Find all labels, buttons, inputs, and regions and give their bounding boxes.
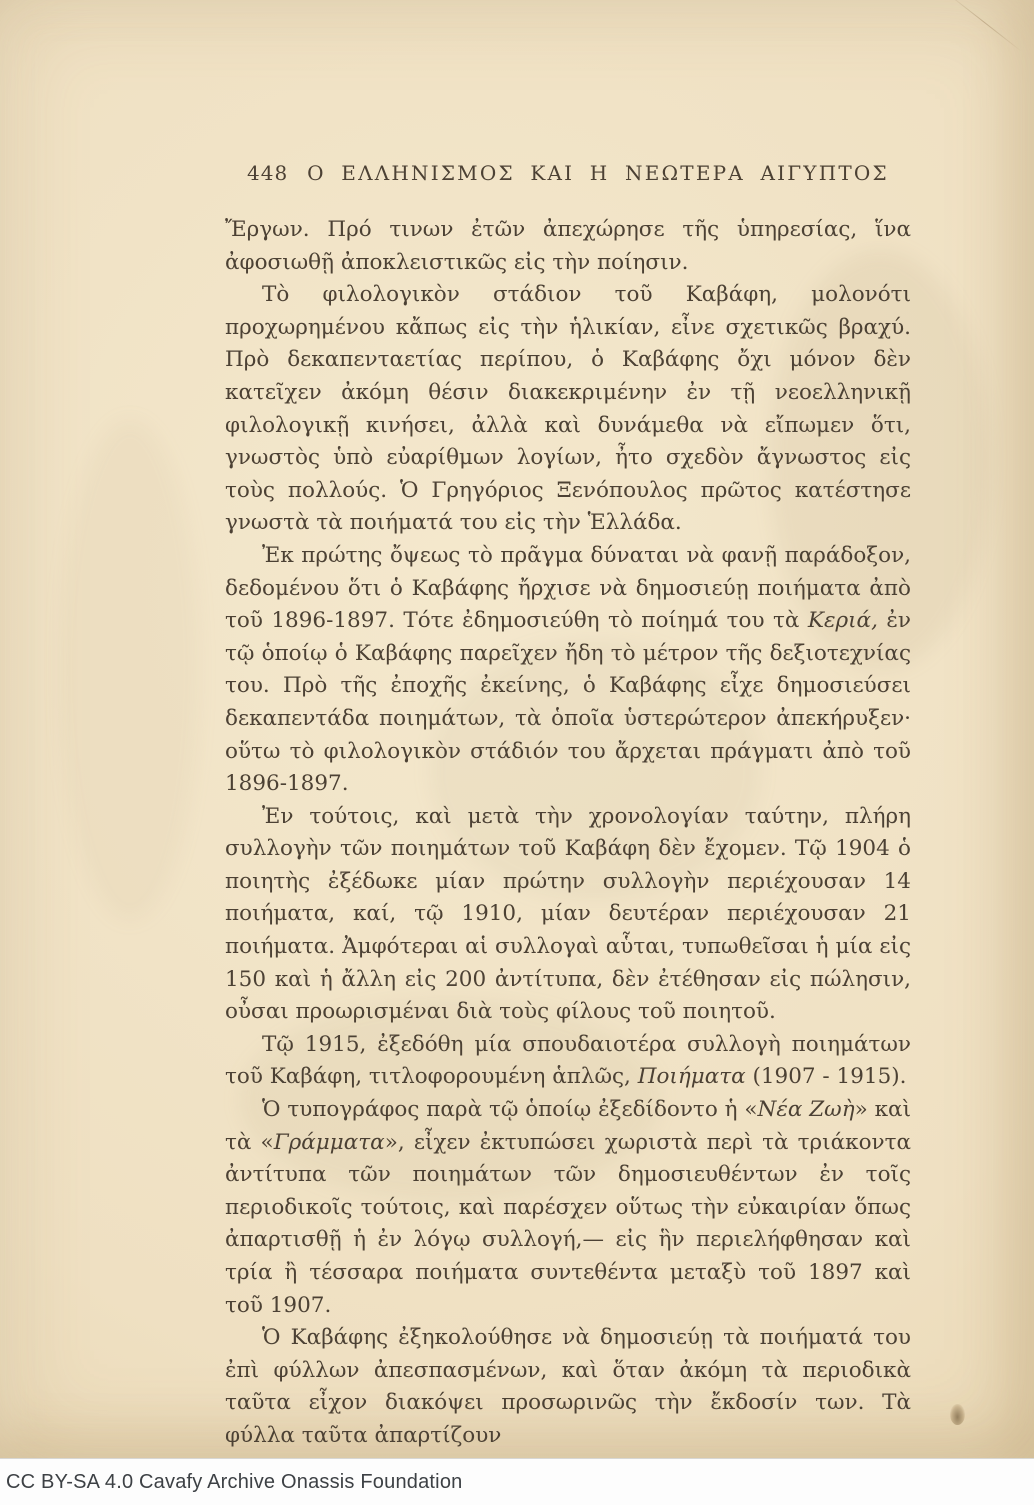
text-segment: », εἶχεν ἐκτυπώσει χωριστὰ περὶ τὰ τριάκ… <box>225 1130 911 1318</box>
bleed-through-blot <box>60 420 200 920</box>
paragraph: Ὁ τυπογράφος παρὰ τῷ ὁποίῳ ἐξεδίδοντο ἡ … <box>225 1094 911 1322</box>
body-text: Ἔργων. Πρό τινων ἐτῶν ἀπεχώρησε τῆς ὑπηρ… <box>225 214 911 1453</box>
page-number: 448 <box>247 161 288 185</box>
text-segment: Ἐν τούτοις, καὶ μετὰ τὴν χρονολογίαν ταύ… <box>225 804 911 1025</box>
paragraph: Ἔργων. Πρό τινων ἐτῶν ἀπεχώρησε τῆς ὑπηρ… <box>225 214 911 279</box>
paragraph: Τῷ 1915, ἐξεδόθη μία σπουδαιοτέρα συλλογ… <box>225 1029 911 1094</box>
work-title-italic: Ποιήματα <box>638 1064 746 1089</box>
text-segment: Τὸ φιλολογικὸν στάδιον τοῦ Καβάφη, μολον… <box>225 282 911 535</box>
header-title: Ο ΕΛΛΗΝΙΣΜΟΣ ΚΑΙ Η ΝΕΩΤΕΡΑ ΑΙΓΥΠΤΟΣ <box>225 161 911 185</box>
scanned-book-page: 448 Ο ΕΛΛΗΝΙΣΜΟΣ ΚΑΙ Η ΝΕΩΤΕΡΑ ΑΙΓΥΠΤΟΣ … <box>0 0 1034 1458</box>
text-segment: Ὁ Καβάφης ἐξηκολούθησε νὰ δημοσιεύῃ τὰ π… <box>225 1325 911 1448</box>
license-bar: CC BY-SA 4.0 Cavafy Archive Onassis Foun… <box>0 1458 1034 1505</box>
paragraph: Ἐν τούτοις, καὶ μετὰ τὴν χρονολογίαν ταύ… <box>225 801 911 1029</box>
work-title-italic: Γράμματα <box>274 1130 385 1155</box>
paper-crease <box>947 0 1022 52</box>
text-segment: Ἔργων. Πρό τινων ἐτῶν ἀπεχώρησε τῆς ὑπηρ… <box>225 217 911 275</box>
running-header: 448 Ο ΕΛΛΗΝΙΣΜΟΣ ΚΑΙ Η ΝΕΩΤΕΡΑ ΑΙΓΥΠΤΟΣ <box>225 161 911 187</box>
text-segment: ἐν τῷ ὁποίῳ ὁ Καβάφης παρεῖχεν ἤδη τὸ μέ… <box>225 608 911 796</box>
license-text: CC BY-SA 4.0 Cavafy Archive Onassis Foun… <box>0 1471 462 1494</box>
text-segment: Ὁ τυπογράφος παρὰ τῷ ὁποίῳ ἐξεδίδοντο ἡ … <box>262 1097 758 1122</box>
text-segment: (1907 - 1915). <box>746 1064 907 1089</box>
ink-stain <box>950 1404 965 1425</box>
work-title-italic: Κεριά, <box>808 608 878 633</box>
paragraph: Ἐκ πρώτης ὄψεως τὸ πρᾶγμα δύναται νὰ φαν… <box>225 540 911 801</box>
paragraph: Τὸ φιλολογικὸν στάδιον τοῦ Καβάφη, μολον… <box>225 279 911 540</box>
paragraph: Ὁ Καβάφης ἐξηκολούθησε νὰ δημοσιεύῃ τὰ π… <box>225 1322 911 1452</box>
work-title-italic: Νέα Ζωὴ <box>758 1097 855 1122</box>
